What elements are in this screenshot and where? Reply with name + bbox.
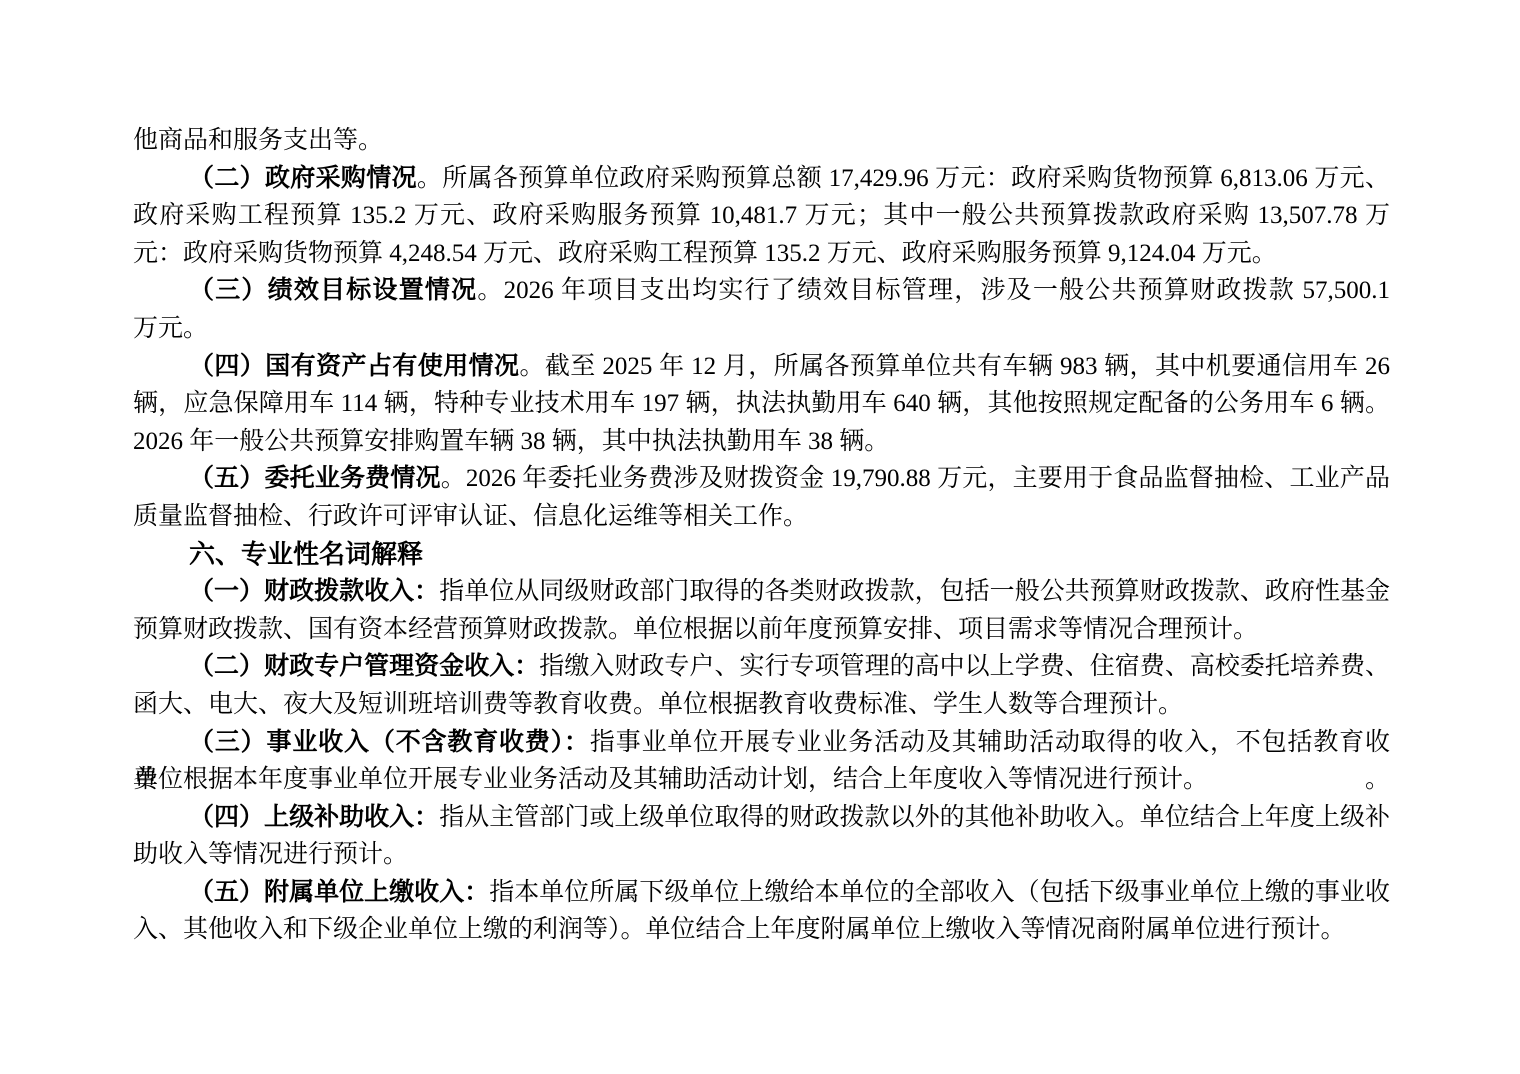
document-line: 预算财政拨款、国有资本经营预算财政拨款。单位根据以前年度预算安排、项目需求等情况… — [133, 611, 1390, 649]
text-segment: 指缴入财政专户、实行专项管理的高中以上学费、住宿费、高校委托培养费、 — [539, 653, 1390, 680]
document-line: （三）事业收入（不含教育收费）：指事业单位开展专业业务活动及其辅助活动取得的收入… — [133, 724, 1390, 762]
text-segment: 。2026 年项目支出均实行了绩效目标管理，涉及一般公共预算财政拨款 57,50… — [477, 277, 1390, 304]
text-segment: 。截至 2025 年 12 月，所属各预算单位共有车辆 983 辆，其中机要通信… — [519, 353, 1390, 380]
text-segment: 政府采购工程预算 135.2 万元、政府采购服务预算 10,481.7 万元；其… — [133, 202, 1390, 229]
document-line: 元：政府采购货物预算 4,248.54 万元、政府采购工程预算 135.2 万元… — [133, 235, 1390, 273]
document-line: 助收入等情况进行预计。 — [133, 836, 1390, 874]
emphasis-text-segment: （五）委托业务费情况 — [189, 465, 441, 492]
document-body-text: 他商品和服务支出等。（二）政府采购情况。所属各预算单位政府采购预算总额 17,4… — [133, 122, 1390, 949]
document-line: 质量监督抽检、行政许可评审认证、信息化运维等相关工作。 — [133, 498, 1390, 536]
document-line: （四）上级补助收入：指从主管部门或上级单位取得的财政拨款以外的其他补助收入。单位… — [133, 799, 1390, 837]
document-line: （三）绩效目标设置情况。2026 年项目支出均实行了绩效目标管理，涉及一般公共预… — [133, 272, 1390, 310]
text-segment: 指单位从同级财政部门取得的各类财政拨款，包括一般公共预算财政拨款、政府性基金 — [439, 578, 1390, 605]
text-segment: 入、其他收入和下级企业单位上缴的利润等）。单位结合上年度附属单位上缴收入等情况商… — [133, 916, 1346, 943]
text-segment: 辆，应急保障用车 114 辆，特种专业技术用车 197 辆，执法执勤用车 640… — [133, 390, 1390, 417]
emphasis-text-segment: （四）国有资产占有使用情况 — [189, 353, 519, 380]
emphasis-text-segment: （五）附属单位上缴收入： — [189, 879, 489, 906]
document-line: 万元。 — [133, 310, 1390, 348]
document-line: （一）财政拨款收入：指单位从同级财政部门取得的各类财政拨款，包括一般公共预算财政… — [133, 573, 1390, 611]
document-line: 他商品和服务支出等。 — [133, 122, 1390, 160]
document-line: 入、其他收入和下级企业单位上缴的利润等）。单位结合上年度附属单位上缴收入等情况商… — [133, 911, 1390, 949]
document-line: （五）附属单位上缴收入：指本单位所属下级单位上缴给本单位的全部收入（包括下级事业… — [133, 874, 1390, 912]
document-line: 函大、电大、夜大及短训班培训费等教育收费。单位根据教育收费标准、学生人数等合理预… — [133, 686, 1390, 724]
section-heading: 六、专业性名词解释 — [133, 536, 1390, 574]
text-segment: 。2026 年委托业务费涉及财拨资金 19,790.88 万元，主要用于食品监督… — [441, 465, 1390, 492]
text-segment: 函大、电大、夜大及短训班培训费等教育收费。单位根据教育收费标准、学生人数等合理预… — [133, 691, 1183, 718]
document-line: 2026 年一般公共预算安排购置车辆 38 辆，其中执法执勤用车 38 辆。 — [133, 423, 1390, 461]
document-line: 辆，应急保障用车 114 辆，特种专业技术用车 197 辆，执法执勤用车 640… — [133, 385, 1390, 423]
document-line: （五）委托业务费情况。2026 年委托业务费涉及财拨资金 19,790.88 万… — [133, 460, 1390, 498]
text-segment: 。所属各预算单位政府采购预算总额 17,429.96 万元：政府采购货物预算 6… — [417, 165, 1390, 192]
emphasis-text-segment: （二）政府采购情况 — [189, 165, 417, 192]
document-page: 他商品和服务支出等。（二）政府采购情况。所属各预算单位政府采购预算总额 17,4… — [0, 0, 1520, 1074]
emphasis-text-segment: （四）上级补助收入： — [189, 804, 439, 831]
text-segment: 2026 年一般公共预算安排购置车辆 38 辆，其中执法执勤用车 38 辆。 — [133, 428, 889, 455]
document-line: 单位根据本年度事业单位开展专业业务活动及其辅助活动计划，结合上年度收入等情况进行… — [133, 761, 1390, 799]
text-segment: 质量监督抽检、行政许可评审认证、信息化运维等相关工作。 — [133, 503, 808, 530]
text-segment: 指从主管部门或上级单位取得的财政拨款以外的其他补助收入。单位结合上年度上级补 — [439, 804, 1390, 831]
document-line: （二）政府采购情况。所属各预算单位政府采购预算总额 17,429.96 万元：政… — [133, 160, 1390, 198]
document-line: （四）国有资产占有使用情况。截至 2025 年 12 月，所属各预算单位共有车辆… — [133, 348, 1390, 386]
text-segment: 他商品和服务支出等。 — [133, 127, 383, 154]
text-segment: 单位根据本年度事业单位开展专业业务活动及其辅助活动计划，结合上年度收入等情况进行… — [133, 766, 1208, 793]
emphasis-text-segment: （三）绩效目标设置情况 — [189, 277, 477, 304]
document-line: （二）财政专户管理资金收入：指缴入财政专户、实行专项管理的高中以上学费、住宿费、… — [133, 648, 1390, 686]
text-segment: 元：政府采购货物预算 4,248.54 万元、政府采购工程预算 135.2 万元… — [133, 240, 1277, 267]
emphasis-text-segment: （三）事业收入（不含教育收费）： — [189, 729, 590, 756]
emphasis-text-segment: 六、专业性名词解释 — [189, 539, 423, 569]
emphasis-text-segment: （一）财政拨款收入： — [189, 578, 439, 605]
document-line: 政府采购工程预算 135.2 万元、政府采购服务预算 10,481.7 万元；其… — [133, 197, 1390, 235]
emphasis-text-segment: （二）财政专户管理资金收入： — [189, 653, 539, 680]
text-segment: 预算财政拨款、国有资本经营预算财政拨款。单位根据以前年度预算安排、项目需求等情况… — [133, 616, 1258, 643]
text-segment: 万元。 — [133, 315, 208, 342]
text-segment: 助收入等情况进行预计。 — [133, 841, 408, 868]
text-segment: 指本单位所属下级单位上缴给本单位的全部收入（包括下级事业单位上缴的事业收 — [489, 879, 1390, 906]
